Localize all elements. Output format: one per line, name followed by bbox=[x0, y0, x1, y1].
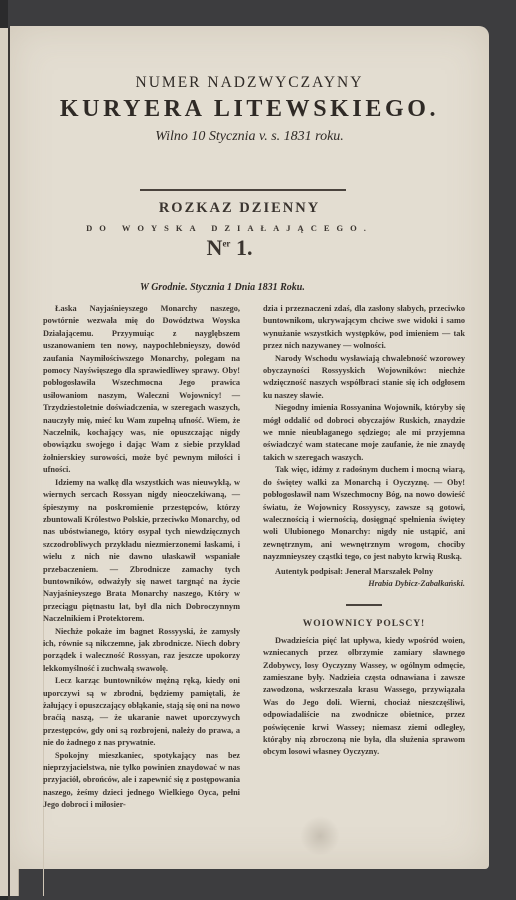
paragraph: Idziemy na walkę dla wszystkich was nieu… bbox=[43, 477, 240, 626]
section-heading: WOIOWNICY POLSCY! bbox=[263, 618, 465, 630]
number-value: 1. bbox=[236, 235, 253, 260]
place-date: W Grodnie. Stycznia 1 Dnia 1831 Roku. bbox=[140, 282, 305, 293]
number-prefix: N bbox=[207, 235, 223, 260]
newspaper-title: KURYERA LITEWSKIEGO. bbox=[10, 96, 489, 123]
order-header: ROZKAZ DZIENNY DO WOYSKA DZIAŁAJĄCEGO. N… bbox=[10, 200, 489, 261]
order-subtitle: DO WOYSKA DZIAŁAJĄCEGO. bbox=[0, 223, 489, 233]
number-sup: er bbox=[222, 239, 230, 249]
dateline: Wilno 10 Stycznia v. s. 1831 roku. bbox=[10, 129, 489, 145]
paragraph: Spokojny mieszkaniec, spotykający nas be… bbox=[43, 750, 240, 812]
paragraph: Niegodny imienia Rossyanina Wojownik, kt… bbox=[263, 402, 465, 464]
paper-stain bbox=[300, 816, 340, 856]
order-number: Ner 1. bbox=[0, 235, 489, 261]
signature-name: Hrabia Dybicz-Zabałkański. bbox=[263, 578, 465, 590]
paragraph: dzia i przeznaczeni zdaś, dla zasłony sł… bbox=[263, 303, 465, 353]
header-rule bbox=[140, 189, 346, 191]
left-column: Łaska Nayjaśnieyszego Monarchy naszego, … bbox=[43, 303, 240, 812]
masthead: NUMER NADZWYCZAYNY KURYERA LITEWSKIEGO. … bbox=[10, 74, 489, 145]
paragraph: Lecz karząc buntowników mężną ręką, kied… bbox=[43, 675, 240, 749]
paragraph: Narody Wschodu wysławiają chwalebność wz… bbox=[263, 353, 465, 403]
newspaper-page: NUMER NADZWYCZAYNY KURYERA LITEWSKIEGO. … bbox=[10, 26, 489, 869]
paragraph: Łaska Nayjaśnieyszego Monarchy naszego, … bbox=[43, 303, 240, 477]
paragraph: Niechże pokaże im bagnet Rossyyski, że z… bbox=[43, 626, 240, 676]
signature-line: Autentyk podpisał: Jenerał Marszałek Pol… bbox=[263, 566, 465, 578]
order-title: ROZKAZ DZIENNY bbox=[0, 200, 489, 217]
paragraph: Dwadzieścia pięć lat upływa, kiedy wpośr… bbox=[263, 635, 465, 759]
right-column: dzia i przeznaczeni zdaś, dla zasłony sł… bbox=[263, 303, 465, 759]
section-rule bbox=[346, 604, 382, 606]
issue-label: NUMER NADZWYCZAYNY bbox=[10, 74, 489, 92]
paragraph: Tak więc, idźmy z radośnym duchem i mocn… bbox=[263, 464, 465, 563]
